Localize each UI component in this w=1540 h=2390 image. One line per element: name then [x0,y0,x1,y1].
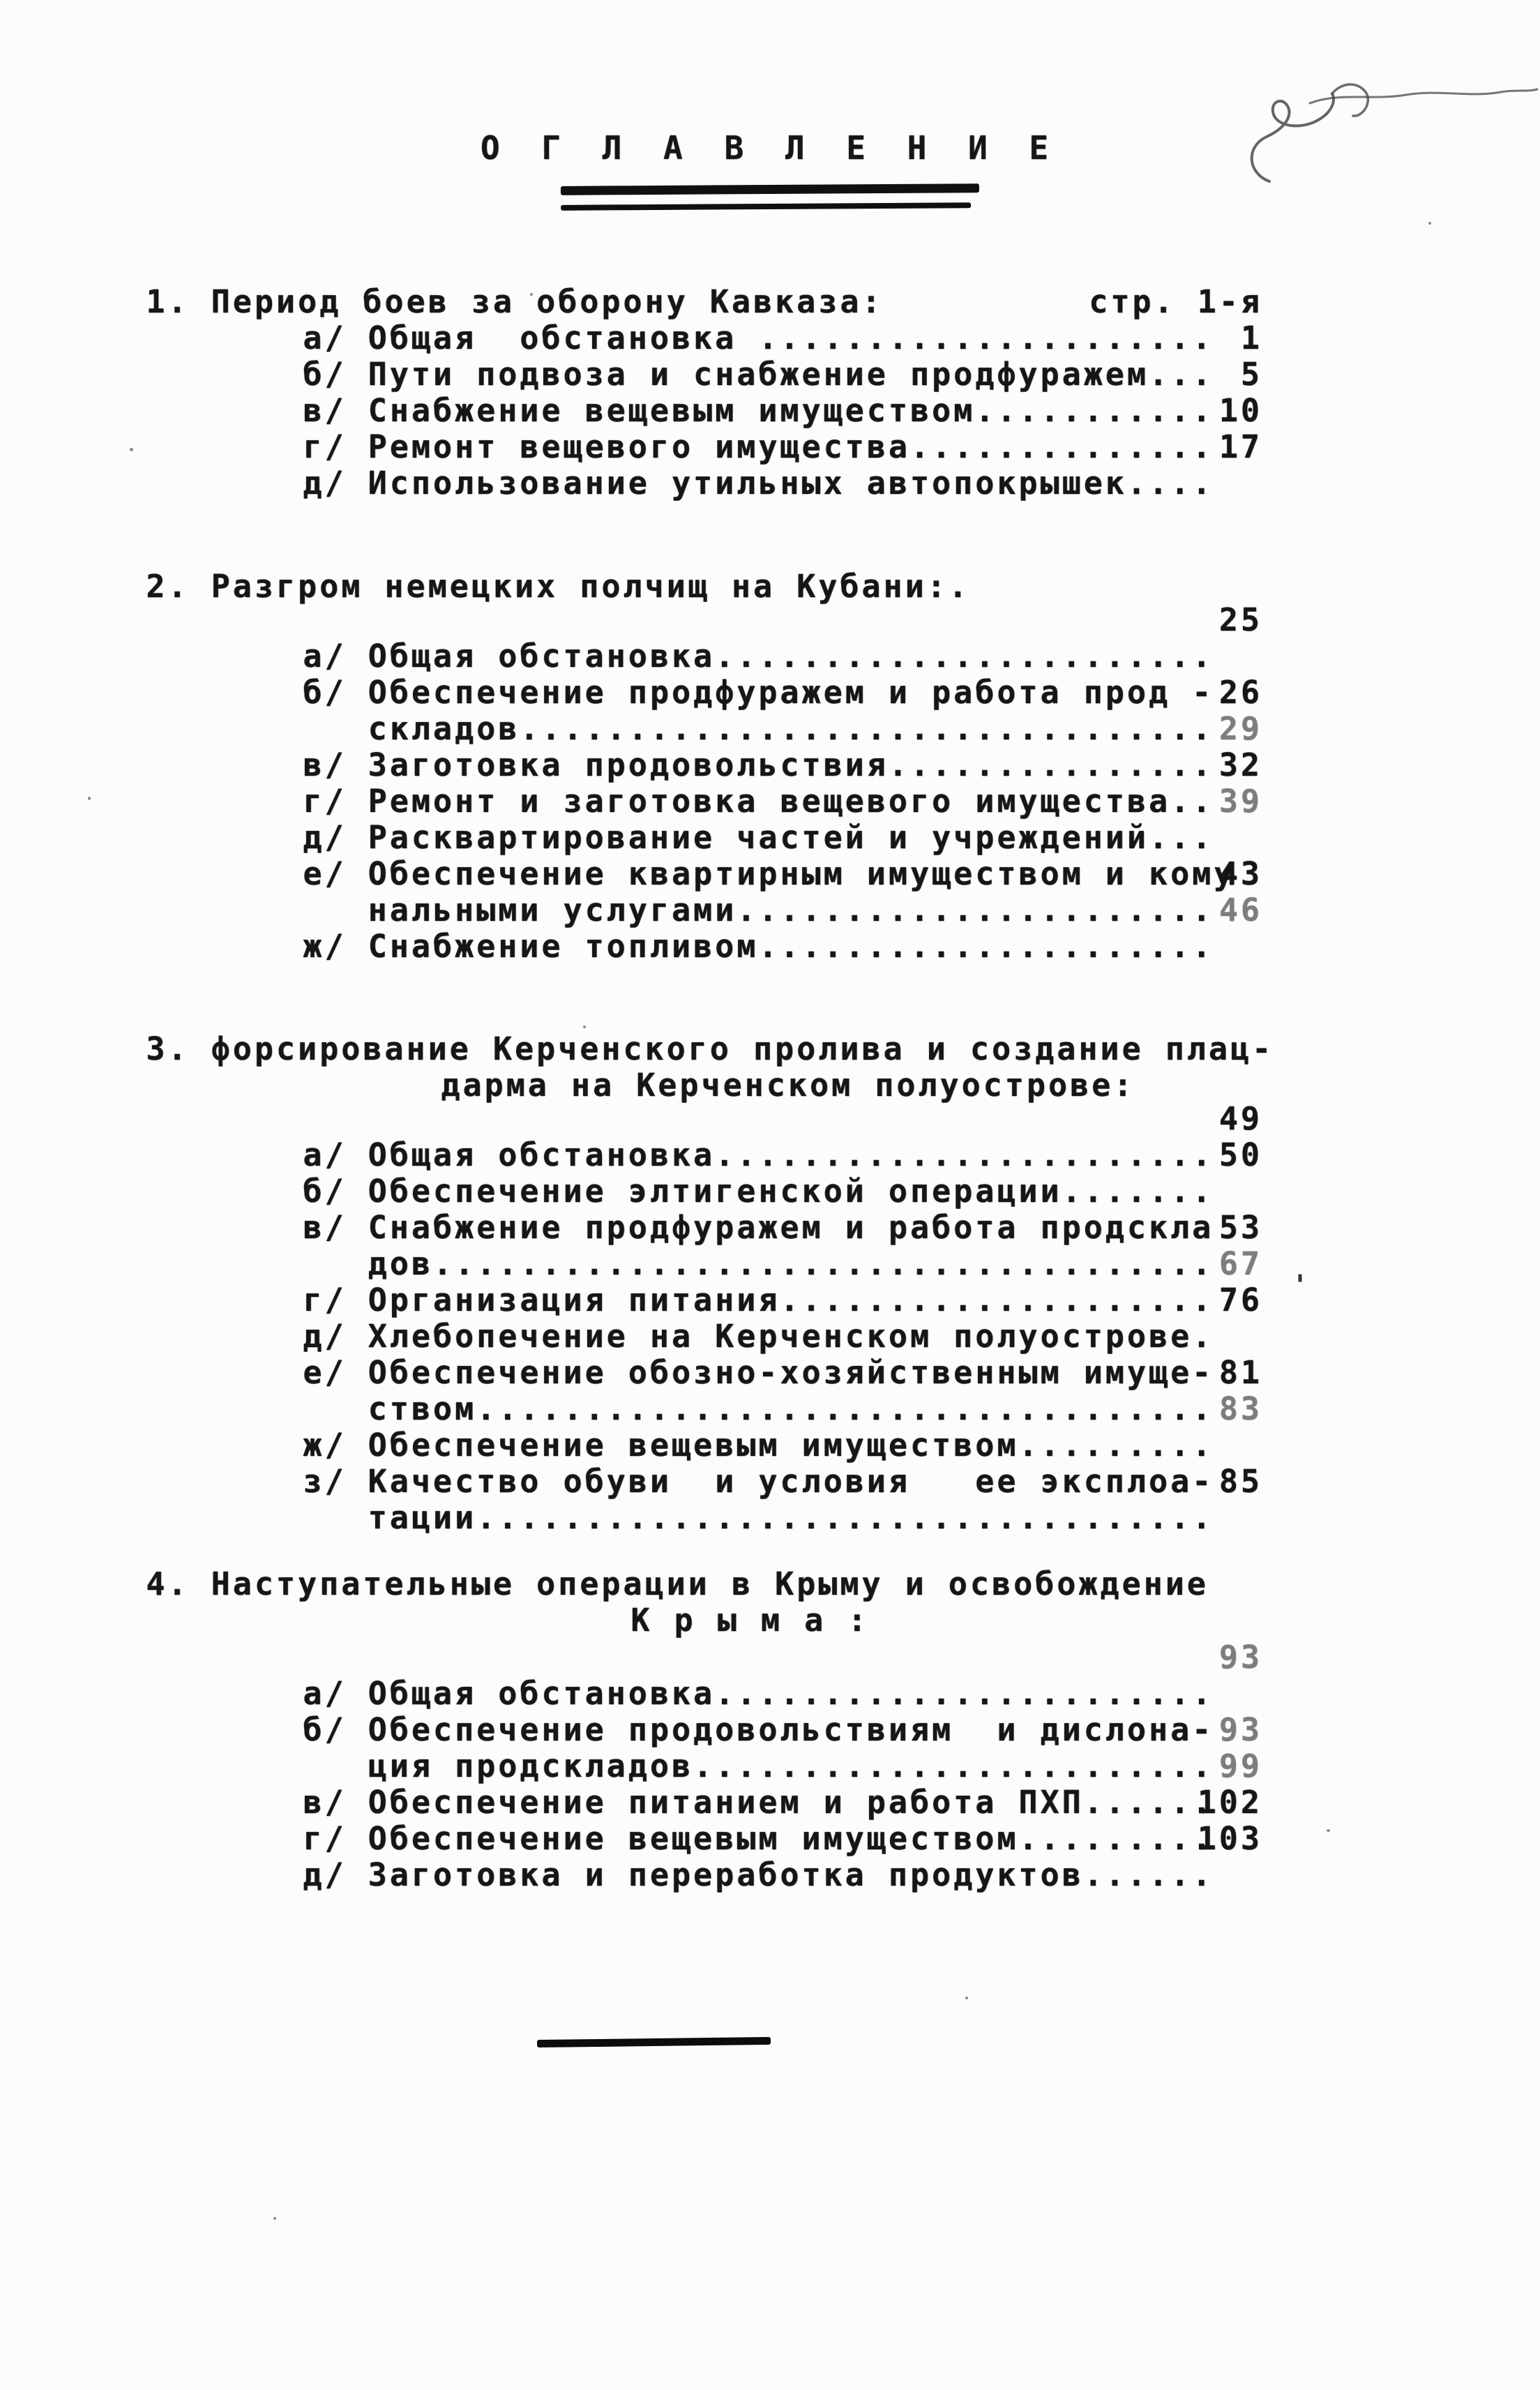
toc-entry-line: дов.................................... … [0,1210,1540,1246]
toc-entry-line: д/ Хлебопечение на Керченском полуостров… [0,1282,1540,1318]
page-number: стр. 1-я [1081,284,1262,320]
page-number: 83 [1081,1391,1262,1427]
section-heading-line2: дарма на Керченском полуострове: [0,1031,1540,1067]
scan-speck [1327,1829,1330,1832]
toc-entry-line: ж/ Снабжение топливом...................… [0,892,1540,929]
toc-line-text: дарма на Керченском полуострове: [441,1067,1135,1104]
toc-entry-line: а/ Общая обстановка.....................… [0,1101,1540,1137]
page-number: 39 [1081,783,1262,820]
document-page: О Г Л А В Л Е Н И Е 1. Период боев за об… [0,0,1540,2390]
page-number: 46 [1081,892,1262,929]
handwritten-squiggle [1226,49,1540,202]
toc-line-text: ж/ Снабжение топливом...................… [303,928,1214,965]
toc-entry-line: ж/ Обеспечение вещевым имуществом.......… [0,1391,1540,1427]
table-of-contents: 1. Период боев за оборону Кавказа: а/ Об… [0,248,1540,1857]
title-underline-top [561,183,979,195]
scan-speck [273,2217,276,2220]
page-number: 81 [1081,1355,1262,1391]
page-number: 99 [1081,1748,1262,1784]
scan-speck [130,448,133,451]
section-heading: 2. Разгром немецких полчищ на Кубани:. [0,532,1540,569]
scan-speck [88,797,91,800]
toc-entry-line: нальными услугами...................... … [0,856,1540,892]
toc-entry-line: д/ Использование утильных автопокрышек..… [0,429,1540,465]
page-number: 103 [1081,1821,1262,1857]
toc-entry-line: г/ Обеспечение вещевым имуществом.......… [0,1784,1540,1821]
toc-entry-line: з/ Качество обуви и условия ее эксплоа- [0,1427,1540,1464]
toc-entry-line: а/ Общая обстановка.....................… [0,602,1540,638]
page-number: 50 [1081,1137,1262,1173]
toc-entry-line: в/ Заготовка продовольствия.............… [0,711,1540,747]
toc-line-text: К р ы м а : [631,1602,869,1639]
page-number: 26 [1081,675,1262,711]
section-heading: 4. Наступательные операции в Крыму и осв… [0,1530,1540,1566]
page-number: 49 [1081,1101,1262,1137]
toc-entry-line: а/ Общая обстановка ....................… [0,284,1540,320]
page-number: 102 [1081,1784,1262,1821]
section-heading: 3. форсирование Керченского пролива и со… [0,995,1540,1031]
toc-entry-line: е/ Обеспечение квартирным имуществом и к… [0,820,1540,856]
page-number: 29 [1081,711,1262,747]
title-underline [561,183,979,211]
page-number: 67 [1081,1246,1262,1282]
page-number: 1 [1081,320,1262,356]
toc-entry-line: г/ Ремонт вещевого имущества............… [0,393,1540,429]
toc-entry-line: г/ Ремонт и заготовка вещевого имущества… [0,747,1540,783]
toc-entry-line: б/ Обеспечение продовольствиям и дислона… [0,1676,1540,1712]
toc-entry-line: в/ Обеспечение питанием и работа ПХП....… [0,1748,1540,1784]
toc-entry-line: г/ Организация питания..................… [0,1246,1540,1282]
page-number: 93 [1081,1639,1262,1676]
toc-entry-line: ция продскладов........................ … [0,1712,1540,1748]
toc-entry-line: тации.................................. … [0,1464,1540,1500]
toc-entry-line: е/ Обеспечение обозно-хозяйственным имущ… [0,1318,1540,1355]
page-number: 93 [1081,1712,1262,1748]
section-heading-line2: К р ы м а : [0,1566,1540,1602]
bottom-rule [537,2037,771,2047]
scan-speck [583,1025,586,1028]
toc-entry-line: складов................................ … [0,675,1540,711]
page-number: 17 [1081,429,1262,465]
scan-speck [965,1997,968,1999]
page-number: 5 [1081,356,1262,393]
toc-line-text: д/ Заготовка и переработка продуктов....… [303,1856,1214,1893]
toc-entry-line: ством.................................. … [0,1355,1540,1391]
page-number: 76 [1081,1282,1262,1318]
page-number: 53 [1081,1210,1262,1246]
toc-entry-line: в/ Снабжение вещевым имуществом.........… [0,356,1540,393]
title-underline-bottom [561,202,971,211]
toc-line-text: д/ Использование утильных автопокрышек..… [303,465,1214,502]
toc-entry-line: б/ Обеспечение элтигенской операции.....… [0,1137,1540,1173]
section-heading: 1. Период боев за оборону Кавказа: [0,248,1540,284]
toc-entry-line: б/ Пути подвоза и снабжение продфуражем.… [0,320,1540,356]
stray-apostrophe-mark: ' [1292,1270,1308,1302]
toc-entry-line: а/ Общая обстановка.....................… [0,1639,1540,1676]
scan-speck [1428,222,1431,225]
page-number: 43 [1081,856,1262,892]
page-number: 10 [1081,393,1262,429]
toc-entry-line: д/ Заготовка и переработка продуктов....… [0,1821,1540,1857]
toc-entry-line: в/ Снабжение продфуражем и работа продск… [0,1173,1540,1210]
scan-speck [530,293,533,296]
page-number: 32 [1081,747,1262,783]
page-number: 25 [1081,602,1262,638]
toc-entry-line: б/ Обеспечение продфуражем и работа прод… [0,638,1540,675]
toc-entry-line: д/ Расквартирование частей и учреждений.… [0,783,1540,820]
toc-line-text: 2. Разгром немецких полчищ на Кубани:. [146,568,970,605]
page-number: 85 [1081,1464,1262,1500]
